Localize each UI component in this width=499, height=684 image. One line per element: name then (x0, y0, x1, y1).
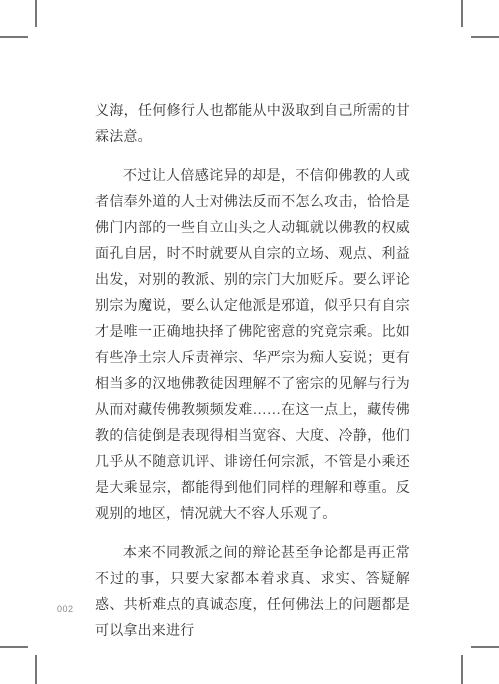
crop-mark-bottom-right-vertical (461, 655, 463, 684)
crop-mark-bottom-left-vertical (35, 655, 37, 684)
crop-mark-bottom-left-horizontal (0, 646, 28, 648)
body-paragraph: 不过让人倍感诧异的却是，不信仰佛教的人或者信奉外道的人士对佛法反而不怎么攻击，恰… (95, 164, 410, 528)
book-page: 义海，任何修行人也都能从中汲取到自己所需的甘霖法意。 不过让人倍感诧异的却是，不… (0, 0, 499, 684)
crop-mark-top-right-horizontal (471, 36, 499, 38)
crop-mark-bottom-right-horizontal (471, 646, 499, 648)
body-paragraph: 义海，任何修行人也都能从中汲取到自己所需的甘霖法意。 (95, 99, 410, 151)
page-text-block: 义海，任何修行人也都能从中汲取到自己所需的甘霖法意。 不过让人倍感诧异的却是，不… (95, 99, 410, 645)
crop-mark-top-left-vertical (35, 0, 37, 27)
body-paragraph: 本来不同教派之间的辩论甚至争论都是再正常不过的事，只要大家都本着求真、求实、答疑… (95, 541, 410, 645)
crop-mark-top-right-vertical (461, 0, 463, 27)
page-number: 002 (57, 604, 74, 615)
crop-mark-top-left-horizontal (0, 36, 28, 38)
